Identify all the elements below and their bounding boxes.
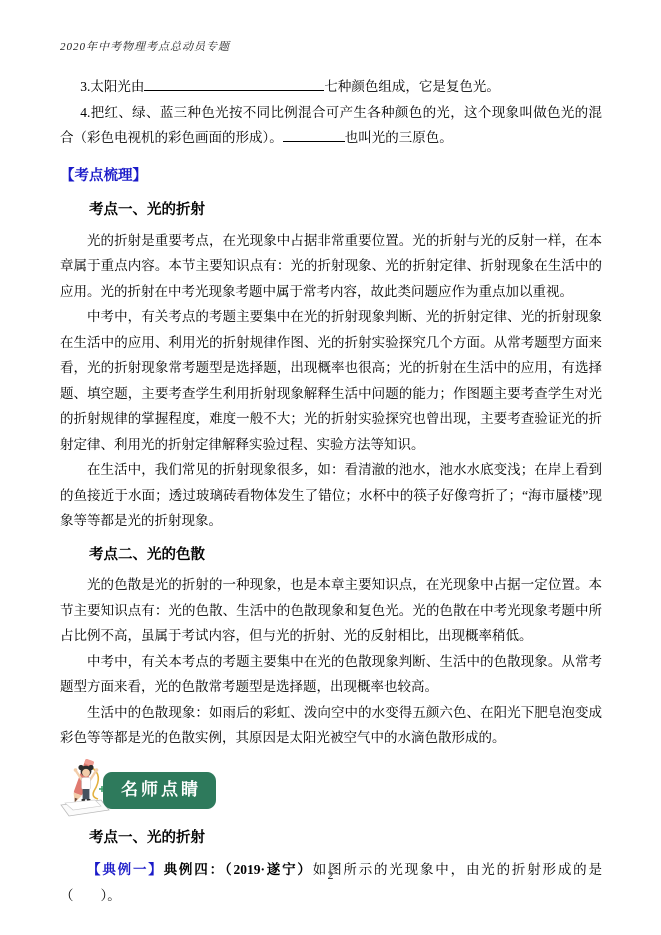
fill-question-4: 4.把红、绿、蓝三种色光按不同比例混合可产生各种颜色的光，这个现象叫做色光的混合… [60,100,602,151]
section-header-review: 【考点梳理】 [60,164,602,190]
q3-answer-blank[interactable] [144,77,324,91]
heading-kaodian2: 考点二、光的色散 [60,543,602,569]
paragraph: 光的色散是光的折射的一种现象，也是本章主要知识点，在光现象中占据一定位置。本节主… [60,572,602,649]
q4-suffix: 也叫光的三原色。 [345,130,453,145]
teacher-tips-banner: 名师点睛 [55,759,602,817]
document-body: 3.太阳光由七种颜色组成，它是复色光。 4.把红、绿、蓝三种色光按不同比例混合可… [60,74,602,908]
page-number: 2 [0,868,661,883]
paragraph: 光的折射是重要考点，在光现象中占据非常重要位置。光的折射与光的反射一样，在本章属… [60,228,602,305]
paragraph: 中考中，有关考点的考题主要集中在光的折射现象判断、光的折射定律、光的折射现象在生… [60,304,602,457]
fill-question-3: 3.太阳光由七种颜色组成，它是复色光。 [60,74,602,100]
q3-suffix: 七种颜色组成，它是复色光。 [324,79,500,94]
teacher-tips-label: 名师点睛 [103,772,216,809]
heading-example-section: 考点一、光的折射 [60,826,602,852]
kaodian2-paragraphs: 光的色散是光的折射的一种现象，也是本章主要知识点，在光现象中占据一定位置。本节主… [60,572,602,751]
kaodian1-paragraphs: 光的折射是重要考点，在光现象中占据非常重要位置。光的折射与光的反射一样，在本章属… [60,228,602,534]
document-header-title: 2020年中考物理考点总动员专题 [60,38,230,54]
q4-answer-blank[interactable] [283,128,345,142]
q3-prefix: 3.太阳光由 [80,79,144,94]
paragraph: 在生活中，我们常见的折射现象很多，如：看清澈的池水，池水水底变浅；在岸上看到的鱼… [60,457,602,534]
paragraph: 生活中的色散现象：如雨后的彩虹、泼向空中的水变得五颜六色、在阳光下肥皂泡变成彩色… [60,700,602,751]
paragraph: 中考中，有关本考点的考题主要集中在光的色散现象判断、生活中的色散现象。从常考题型… [60,649,602,700]
heading-kaodian1: 考点一、光的折射 [60,198,602,224]
